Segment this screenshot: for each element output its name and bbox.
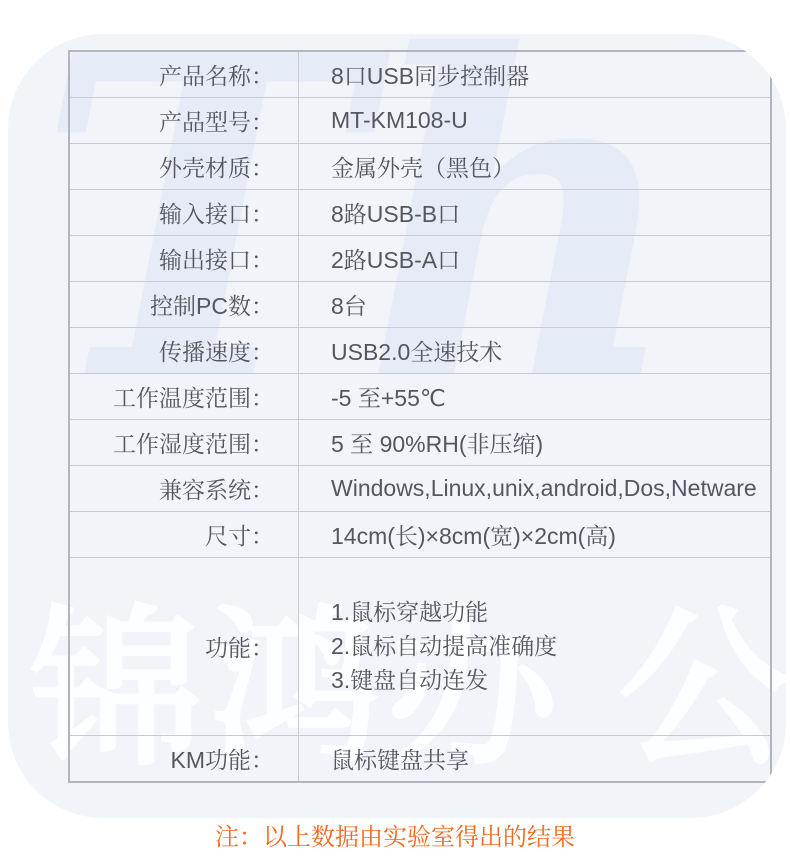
spec-label: 控制PC数： — [69, 281, 299, 327]
spec-label: 工作温度范围： — [69, 373, 299, 419]
function-line-3: 3.键盘自动连发 — [331, 663, 760, 697]
spec-value: 14cm(长)×8cm(宽)×2cm(高) — [299, 511, 772, 557]
table-row-output-ports: 输出接口： 2路USB-A口 — [69, 235, 771, 281]
lab-note: 注：以上数据由实验室得出的结果 — [0, 817, 790, 852]
spec-value: 8路USB-B口 — [299, 189, 772, 235]
spec-label: KM功能： — [69, 735, 299, 782]
table-row-dimensions: 尺寸： 14cm(长)×8cm(宽)×2cm(高) — [69, 511, 771, 557]
table-row-temp-range: 工作温度范围： -5 至+55℃ — [69, 373, 771, 419]
table-row-speed: 传播速度： USB2.0全速技术 — [69, 327, 771, 373]
spec-label: 工作湿度范围： — [69, 419, 299, 465]
spec-card: Th 锦鸿办 公 产品名称： 8口USB同步控制器 产品型号： MT-KM108… — [8, 34, 786, 818]
spec-value: -5 至+55℃ — [299, 373, 772, 419]
spec-label: 输出接口： — [69, 235, 299, 281]
spec-label: 尺寸： — [69, 511, 299, 557]
spec-value: 5 至 90%RH(非压缩) — [299, 419, 772, 465]
spec-value: Windows,Linux,unix,android,Dos,Netware — [299, 465, 772, 511]
spec-label: 输入接口： — [69, 189, 299, 235]
spec-label: 外壳材质： — [69, 143, 299, 189]
table-row-km-function: KM功能： 鼠标键盘共享 — [69, 735, 771, 782]
function-line-1: 1.鼠标穿越功能 — [331, 595, 760, 629]
spec-value: 金属外壳（黑色） — [299, 143, 772, 189]
spec-label: 传播速度： — [69, 327, 299, 373]
spec-value: 2路USB-A口 — [299, 235, 772, 281]
function-line-2: 2.鼠标自动提高准确度 — [331, 629, 760, 663]
spec-label: 功能： — [69, 557, 299, 735]
spec-label: 兼容系统： — [69, 465, 299, 511]
spec-value: USB2.0全速技术 — [299, 327, 772, 373]
table-row-input-ports: 输入接口： 8路USB-B口 — [69, 189, 771, 235]
spec-value: 8口USB同步控制器 — [299, 51, 772, 97]
spec-label: 产品名称： — [69, 51, 299, 97]
table-row-pc-count: 控制PC数： 8台 — [69, 281, 771, 327]
product-spec-image: Th 锦鸿办 公 产品名称： 8口USB同步控制器 产品型号： MT-KM108… — [0, 0, 790, 862]
table-row-product-name: 产品名称： 8口USB同步控制器 — [69, 51, 771, 97]
spec-value: 8台 — [299, 281, 772, 327]
table-row-model: 产品型号： MT-KM108-U — [69, 97, 771, 143]
spec-value: 鼠标键盘共享 — [299, 735, 772, 782]
spec-value: 1.鼠标穿越功能 2.鼠标自动提高准确度 3.键盘自动连发 — [299, 557, 772, 735]
spec-table: 产品名称： 8口USB同步控制器 产品型号： MT-KM108-U 外壳材质： … — [68, 50, 772, 783]
spec-value: MT-KM108-U — [299, 97, 772, 143]
spec-label: 产品型号： — [69, 97, 299, 143]
table-row-compatible-systems: 兼容系统： Windows,Linux,unix,android,Dos,Net… — [69, 465, 771, 511]
table-row-shell-material: 外壳材质： 金属外壳（黑色） — [69, 143, 771, 189]
table-row-functions: 功能： 1.鼠标穿越功能 2.鼠标自动提高准确度 3.键盘自动连发 — [69, 557, 771, 735]
table-row-humidity-range: 工作湿度范围： 5 至 90%RH(非压缩) — [69, 419, 771, 465]
